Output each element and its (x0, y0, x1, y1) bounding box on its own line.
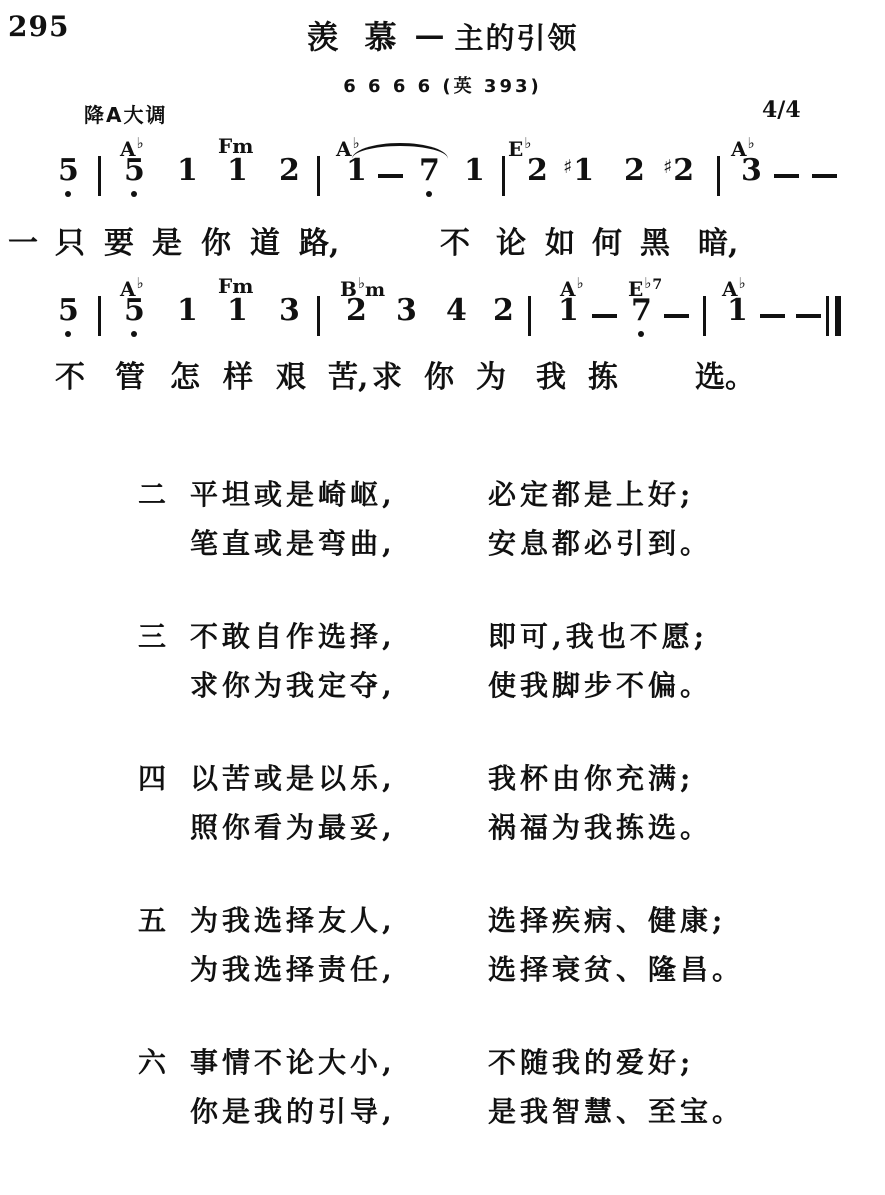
verse-number: 四 (138, 754, 190, 803)
lyric-syllable: 如 (545, 218, 575, 262)
note: 2 (346, 296, 367, 326)
hymn-page: 295 羡慕—主的引领 6 6 6 6 (英 393) 降A大调 4/4 A♭F… (0, 0, 885, 1195)
title-dash: — (415, 18, 445, 53)
lyric-syllable: 一 (8, 218, 38, 262)
lyric-syllable: 要 (104, 218, 134, 262)
note: 1 (727, 296, 748, 326)
verse-left-text: 笔直或是弯曲, (190, 519, 488, 568)
lyric-syllable: 我 (536, 352, 566, 396)
note: 3 (396, 296, 417, 326)
lyric-syllable: 不 (440, 218, 470, 262)
category-title: 羡慕 (306, 18, 422, 56)
lyric-syllable: 暗, (698, 218, 738, 262)
verse-right-text: 安息都必引到。 (488, 519, 845, 568)
verse-number: 五 (138, 896, 190, 945)
flat-icon: ♭ (748, 134, 755, 152)
verse-row: 二平坦或是崎岖,必定都是上好; (138, 470, 845, 519)
flat-icon: ♭ (358, 274, 365, 292)
verse-row: 四以苦或是以乐,我杯由你充满; (138, 754, 845, 803)
note: 2 (493, 296, 514, 326)
verse-number (138, 661, 190, 710)
music-line: A♭FmB♭mA♭E♭7A♭551132342171 (0, 276, 885, 342)
lyric-line: 一只要是你道路,不论如何黑暗, (0, 218, 885, 260)
barline (317, 156, 320, 196)
lyric-syllable: 只 (55, 218, 85, 262)
verse-right-text: 选择疾病、健康; (488, 896, 845, 945)
verse-left-text: 为我选择友人, (190, 896, 488, 945)
lyric-syllable: 论 (496, 218, 526, 262)
verse-left-text: 不敢自作选择, (190, 612, 488, 661)
flat-icon: ♭ (137, 134, 144, 152)
barline (98, 156, 101, 196)
verse-left-text: 为我选择责任, (190, 945, 488, 994)
verse-number: 二 (138, 470, 190, 519)
verse-number (138, 519, 190, 568)
note: 3 (279, 296, 300, 326)
lyric-syllable: 管 (115, 352, 145, 396)
verse-right-text: 必定都是上好; (488, 470, 845, 519)
verse-left-text: 事情不论大小, (190, 1038, 488, 1087)
verse-row: 笔直或是弯曲,安息都必引到。 (138, 519, 845, 568)
dash-note (774, 174, 799, 178)
lyric-syllable: 样 (223, 352, 253, 396)
verse-left-text: 平坦或是崎岖, (190, 470, 488, 519)
verse-row: 照你看为最妥,祸福为我拣选。 (138, 803, 845, 852)
barline (528, 296, 531, 336)
flat-icon: ♭ (577, 274, 584, 292)
flat-icon: ♭ (644, 274, 651, 292)
flat-icon: ♭ (524, 134, 531, 152)
music-line: A♭FmA♭E♭A♭551121712♯12♯23 (0, 136, 885, 202)
lyric-syllable: 艰 (276, 352, 306, 396)
barline (98, 296, 101, 336)
verse-row: 六事情不论大小,不随我的爱好; (138, 1038, 845, 1087)
note: 1 (177, 156, 198, 186)
note: 7 (631, 296, 652, 326)
verse-left-text: 照你看为最妥, (190, 803, 488, 852)
lyric-syllable: 何 (592, 218, 622, 262)
barline (502, 156, 505, 196)
verse-number (138, 803, 190, 852)
verse: 五为我选择友人,选择疾病、健康;为我选择责任,选择衰贫、隆昌。 (138, 896, 845, 994)
dash-note (378, 174, 403, 178)
subtitle: 主的引领 (455, 21, 579, 55)
flat-icon: ♭ (739, 274, 746, 292)
note: 5 (124, 156, 145, 186)
verse-right-text: 不随我的爱好; (488, 1038, 845, 1087)
dash-note (592, 314, 617, 318)
lyric-line: 不管怎样艰苦,求你为我拣选。 (0, 352, 885, 394)
lyric-syllable: 苦, (328, 352, 368, 396)
lyric-syllable: 不 (55, 352, 85, 396)
page-title: 羡慕—主的引领 (0, 12, 885, 58)
sharp-icon: ♯ (563, 156, 572, 178)
verse-number: 三 (138, 612, 190, 661)
chord-suffix: m (365, 279, 385, 301)
note: 1 (177, 296, 198, 326)
dash-note (664, 314, 689, 318)
note: 2 (527, 156, 548, 186)
barline (717, 156, 720, 196)
verse-left-text: 求你为我定夺, (190, 661, 488, 710)
verse-right-text: 即可,我也不愿; (488, 612, 845, 661)
chord-suffix: 7 (652, 277, 662, 293)
lyric-syllable: 求 (372, 352, 402, 396)
dash-note (760, 314, 785, 318)
verse-number (138, 945, 190, 994)
note: 4 (446, 296, 467, 326)
note: 5 (58, 296, 79, 326)
note: 7 (419, 156, 440, 186)
verse-row: 五为我选择友人,选择疾病、健康; (138, 896, 845, 945)
lyric-syllable: 怎 (170, 352, 200, 396)
dash-note (812, 174, 837, 178)
verse-left-text: 你是我的引导, (190, 1087, 488, 1136)
note: ♯1 (563, 156, 594, 186)
barline (703, 296, 706, 336)
verse: 四以苦或是以乐,我杯由你充满;照你看为最妥,祸福为我拣选。 (138, 754, 845, 852)
sharp-icon: ♯ (663, 156, 672, 178)
lyric-syllable: 你 (201, 218, 231, 262)
verse-right-text: 我杯由你充满; (488, 754, 845, 803)
barline (317, 296, 320, 336)
lyric-syllable: 选。 (695, 352, 755, 396)
verse-row: 你是我的引导,是我智慧、至宝。 (138, 1087, 845, 1136)
lyric-syllable: 拣 (588, 352, 618, 396)
verse-number (138, 1087, 190, 1136)
flat-icon: ♭ (137, 274, 144, 292)
key-signature: 降A大调 (84, 99, 167, 128)
lyric-syllable: 你 (424, 352, 454, 396)
verse-right-text: 选择衰贫、隆昌。 (488, 945, 845, 994)
note: 1 (227, 296, 248, 326)
note: 2 (624, 156, 645, 186)
verse-right-text: 祸福为我拣选。 (488, 803, 845, 852)
note: ♯2 (663, 156, 694, 186)
flat-icon: ♭ (353, 134, 360, 152)
note: 2 (279, 156, 300, 186)
verse-right-text: 使我脚步不偏。 (488, 661, 845, 710)
verses-section: 二平坦或是崎岖,必定都是上好;笔直或是弯曲,安息都必引到。三不敢自作选择,即可,… (138, 470, 845, 1180)
verse: 六事情不论大小,不随我的爱好;你是我的引导,是我智慧、至宝。 (138, 1038, 845, 1136)
lyric-syllable: 道 (250, 218, 280, 262)
lyric-syllable: 为 (476, 352, 506, 396)
note: 1 (227, 156, 248, 186)
verse-row: 为我选择责任,选择衰贫、隆昌。 (138, 945, 845, 994)
verse-number: 六 (138, 1038, 190, 1087)
verse-row: 三不敢自作选择,即可,我也不愿; (138, 612, 845, 661)
meter-indication: 6 6 6 6 (英 393) (0, 72, 885, 98)
note: 1 (558, 296, 579, 326)
dash-note (796, 314, 821, 318)
note: 5 (124, 296, 145, 326)
verse-left-text: 以苦或是以乐, (190, 754, 488, 803)
lyric-syllable: 是 (152, 218, 182, 262)
lyric-syllable: 路, (299, 218, 339, 262)
note: 5 (58, 156, 79, 186)
lyric-syllable: 黑 (640, 218, 670, 262)
final-barline (826, 296, 841, 336)
verse: 二平坦或是崎岖,必定都是上好;笔直或是弯曲,安息都必引到。 (138, 470, 845, 568)
note: 1 (464, 156, 485, 186)
verse: 三不敢自作选择,即可,我也不愿;求你为我定夺,使我脚步不偏。 (138, 612, 845, 710)
verse-right-text: 是我智慧、至宝。 (488, 1087, 845, 1136)
note: 1 (346, 156, 367, 186)
verse-row: 求你为我定夺,使我脚步不偏。 (138, 661, 845, 710)
time-signature: 4/4 (762, 97, 801, 123)
note: 3 (741, 156, 762, 186)
